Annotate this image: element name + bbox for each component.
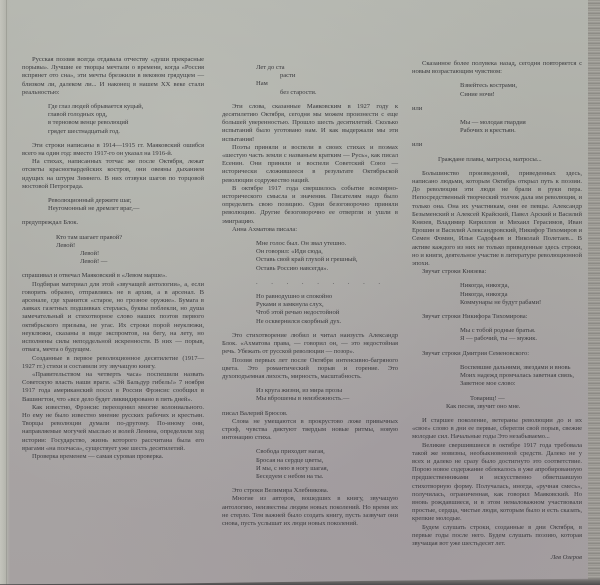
connector-word: или	[412, 105, 582, 113]
verse-line: Левой! —	[22, 258, 204, 266]
page-left-edge	[0, 0, 10, 585]
paragraph: И старшее поколение, ветераны революции …	[412, 417, 582, 442]
verse-line: Синие ночи!	[460, 91, 582, 99]
verse-line: Никогда, никогда	[460, 291, 582, 299]
paragraph: Проверка временем — самая суровая провер…	[22, 453, 204, 461]
verse-quote: Мы с тобой родные братья.Я — рабочий, ты…	[412, 327, 582, 343]
verse-line: Лет до ста	[222, 64, 398, 72]
verse-line: Я — рабочий, ты — мужик.	[460, 335, 582, 343]
stepped-verse-quote: Лет до старастиНамбез старости.	[222, 64, 398, 97]
paragraph: спрашивал и отвечал Маяковский в «Левом …	[22, 272, 204, 280]
verse-line: Мы — молодая гвардия	[460, 119, 582, 127]
paragraph: Будем слушать строки, созданные в дни Ок…	[412, 524, 582, 549]
verse-quote: Мы — молодая гвардияРабочих и крестьян.	[412, 119, 582, 135]
paragraph: Сказанное более полувека назад, сегодня …	[412, 60, 582, 76]
verse-line: Как песня, звучит оно мне.	[412, 403, 582, 411]
verse-line: Оставь свой край глухой и грешный,	[256, 256, 398, 264]
paragraph: В октябре 1917 года свершилось событие в…	[222, 185, 398, 226]
verse-quote: Никогда, никогда,Никогда, никогдаКоммуна…	[412, 282, 582, 307]
verse-line: Из круга жизни, из мира прозы	[256, 387, 398, 395]
verse-line: Никогда, никогда,	[460, 282, 582, 290]
verse-line: Но равнодушно и спокойно	[256, 293, 398, 301]
verse-quote: Свобода приходит нагая,Бросая на сердце …	[222, 448, 398, 481]
paragraph: Созданные в первое революционное десятил…	[22, 355, 204, 371]
ellipsis-separator: . . . . . . . . .	[222, 279, 398, 287]
paragraph: Поэзия первых лет после Октября интенсив…	[222, 357, 398, 382]
paragraph: Великие свершившиеся в октябре 1917 года…	[412, 442, 582, 524]
paragraph: На стихах, написанных тотчас же после Ок…	[22, 158, 204, 191]
paragraph: Русская поэзия всегда отдавала отчеству …	[22, 56, 204, 97]
page-right-edge	[588, 0, 600, 585]
paragraph: Эти строки написаны в 1914—1915 гг. Маяк…	[22, 142, 204, 158]
verse-quote: Где глаз людей обрывается куцый,главой г…	[22, 103, 204, 136]
verse-line: Взвейтесь кострами,	[460, 82, 582, 90]
verse-line: Неугомонный не дремлет враг,—	[48, 205, 204, 213]
connector-word: или	[412, 141, 582, 149]
verse-line: Беседуем с небом на ты.	[256, 473, 398, 481]
text-column-3: Сказанное более полувека назад, сегодня …	[412, 60, 582, 562]
paragraph: Эти слова, сказанные Маяковским в 1927 г…	[222, 103, 398, 144]
verse-line: без старости.	[222, 89, 398, 97]
verse-line: Моих надежд промчалась заветная связь,	[460, 372, 582, 380]
verse-line: Оставь Россию навсегда».	[256, 265, 398, 273]
verse-line: грядет шестнадцатый год.	[48, 128, 204, 136]
paragraph: Звучат строки Князева:	[412, 268, 582, 276]
verse-line: Товарищ! —	[412, 395, 582, 403]
verse-quote: Но равнодушно и спокойноРуками я замкнул…	[222, 293, 398, 326]
verse-line: Мы с тобой родные братья.	[460, 327, 582, 335]
text-column-2: Лет до старастиНамбез старости.Эти слова…	[222, 58, 398, 528]
verse-line: Нам	[222, 80, 398, 88]
verse-line: Левой!	[22, 250, 204, 258]
paragraph: Поэты приняли и воспели в своих стихах и…	[222, 144, 398, 185]
paragraph: Это строки Велимира Хлебникова.	[222, 487, 398, 495]
verse-line: Где глаз людей обрывается куцый,	[48, 103, 204, 111]
text-column-1: Русская поэзия всегда отдавала отчеству …	[22, 56, 204, 461]
paragraph: Как известно, Фрэнсис переоценил многие …	[22, 404, 204, 453]
paragraph: Многие из авторов, вошедших в книгу, зву…	[222, 495, 398, 528]
verse-line: Он говорил: «Иди сюда,	[256, 248, 398, 256]
verse-line: Граждане плавы, матросы, матросы...	[438, 156, 582, 164]
verse-line: Воспевшие дальними, звездами и вновь	[460, 364, 582, 372]
verse-quote: Революционный держите шаг,Неугомонный не…	[22, 197, 204, 213]
paragraph: Слова не умещаются в прокрустово ложе пр…	[222, 418, 398, 443]
verse-quote: Граждане плавы, матросы, матросы...	[412, 156, 582, 164]
verse-quote: Из круга жизни, из мира прозыМы вброшены…	[222, 387, 398, 403]
verse-quote: Взвейтесь кострами,Синие ночи!	[412, 82, 582, 98]
paragraph: Подбирая материал для этой «звучащей ант…	[22, 281, 204, 355]
verse-line: Не осквернился скорбный дух.	[256, 318, 398, 326]
verse-quote: Воспевшие дальними, звездами и вновьМоих…	[412, 364, 582, 389]
verse-line: Руками я замкнула слух,	[256, 301, 398, 309]
verse-line: Коммунары не будут рабами!	[460, 299, 582, 307]
verse-line: расти	[222, 72, 398, 80]
verse-line: Мне голос был. Он звал утешно.	[256, 240, 398, 248]
verse-line: Заветное мое слово:	[460, 380, 582, 388]
paragraph: Анна Ахматова писала:	[222, 226, 398, 234]
paragraph: «Правительством на четверть часа» поспеш…	[22, 371, 204, 404]
verse-quote: Мне голос был. Он звал утешно.Он говорил…	[222, 240, 398, 273]
verse-line: Левой!	[22, 242, 204, 250]
author-signature: Лев Озеров	[412, 554, 582, 562]
paragraph: Большинство произведений, приведенных зд…	[412, 170, 582, 268]
verse-line: Революционный держите шаг,	[48, 197, 204, 205]
paragraph: Это стихотворение любил и читал наизусть…	[222, 332, 398, 357]
paragraph: писал Валерий Брюсов.	[222, 410, 398, 418]
paragraph: Звучат строки Дмитрия Семеновского:	[412, 350, 582, 358]
verse-line: Бросая на сердце цветы,	[256, 457, 398, 465]
stepped-verse-quote: Товарищ! —Как песня, звучит оно мне.	[412, 395, 582, 411]
verse-line: Свобода приходит нагая,	[256, 448, 398, 456]
verse-line: главой голодных орд,	[48, 111, 204, 119]
paragraph: Звучат строки Никифора Тихомирова:	[412, 313, 582, 321]
verse-line: Кто там шагает правой?	[22, 234, 204, 242]
verse-line: Мы вброшены в неизбежность.—	[256, 395, 398, 403]
verse-line: И мы, с нею в ногу шагая,	[256, 465, 398, 473]
verse-line: Рабочих и крестьян.	[460, 127, 582, 135]
stepped-verse-quote: Кто там шагает правой?Левой!Левой!Левой!…	[22, 234, 204, 267]
verse-line: Чтоб этой речью недостойной	[256, 309, 398, 317]
verse-line: в терновом венце революций	[48, 119, 204, 127]
paragraph: предупреждал Блок.	[22, 219, 204, 227]
